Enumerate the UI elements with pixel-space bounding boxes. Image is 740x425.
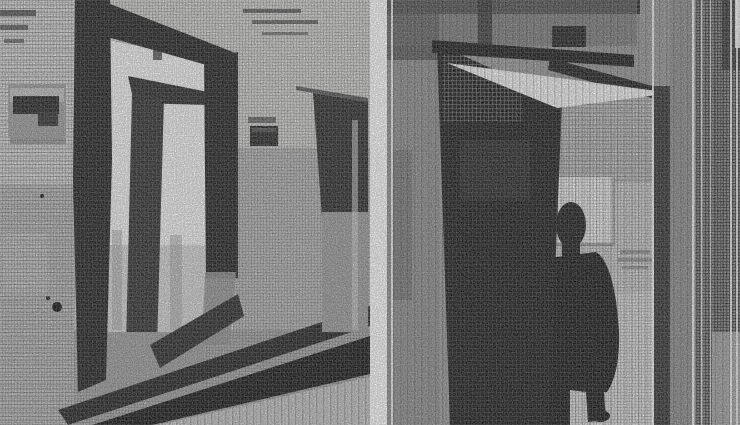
halftone-diptych-image <box>0 0 740 425</box>
grain-light-overlay <box>0 0 740 425</box>
diptych-canvas <box>0 0 740 425</box>
